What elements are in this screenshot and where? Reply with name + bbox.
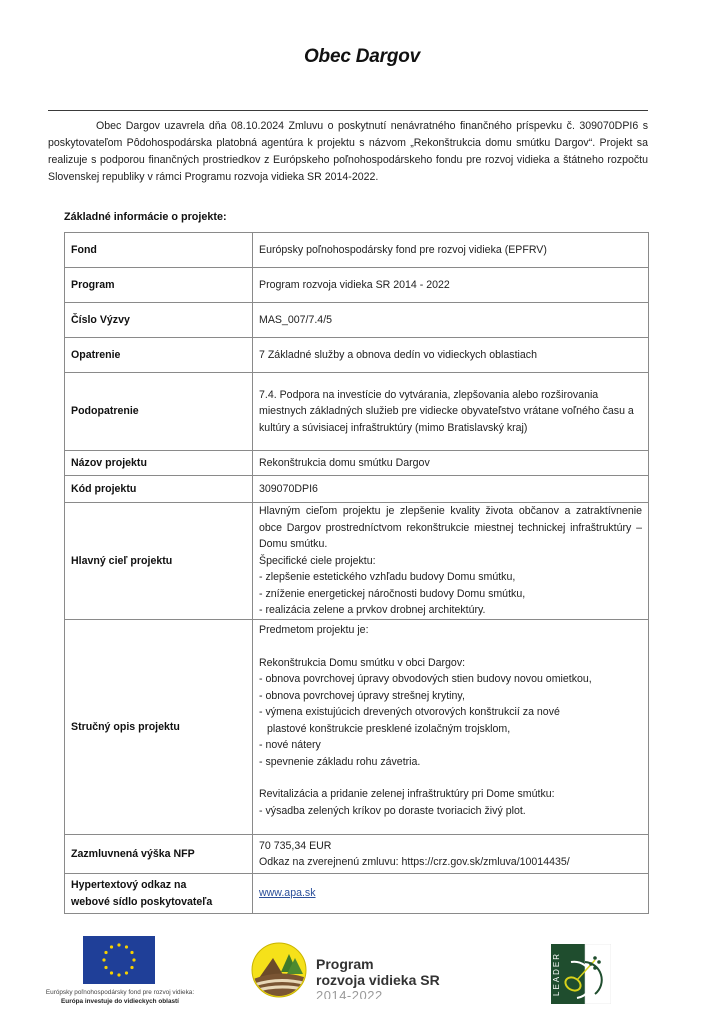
group1-item: - nové nátery	[259, 737, 642, 754]
eu-caption-line2: Európa investuje do vidieckych oblastí	[61, 998, 179, 1005]
page-title: Obec Dargov	[0, 46, 724, 68]
row-label-line: webové sídlo poskytovateľa	[71, 894, 246, 911]
row-value: Európsky poľnohospodársky fond pre rozvo…	[253, 233, 649, 268]
provider-website-link[interactable]: www.apa.sk	[259, 887, 316, 899]
row-value: Program rozvoja vidieka SR 2014 - 2022	[253, 268, 649, 303]
row-label: Číslo Výzvy	[65, 303, 253, 338]
description-intro: Predmetom projektu je:	[259, 622, 642, 639]
specific-goals-heading: Špecifické ciele projektu:	[259, 553, 642, 570]
group1-heading: Rekonštrukcia Domu smútku v obci Dargov:	[259, 655, 642, 672]
table-row-program: Program Program rozvoja vidieka SR 2014 …	[65, 268, 649, 303]
specific-goal-item: - realizácia zelene a prvkov drobnej arc…	[259, 602, 642, 619]
row-label: Hlavný cieľ projektu	[65, 503, 253, 620]
row-label: Stručný opis projektu	[65, 620, 253, 835]
row-value: Predmetom projektu je: Rekonštrukcia Dom…	[253, 620, 649, 835]
row-label: Kód projektu	[65, 476, 253, 503]
table-row-hlavny-ciel: Hlavný cieľ projektu Hlavným cieľom proj…	[65, 503, 649, 620]
row-label: Hypertextový odkaz na webové sídlo posky…	[65, 874, 253, 914]
specific-goal-item: - zlepšenie estetického vzhľadu budovy D…	[259, 569, 642, 586]
row-label: Názov projektu	[65, 451, 253, 476]
eu-caption: Európsky poľnohospodársky fond pre rozvo…	[0, 988, 240, 1006]
row-label: Podopatrenie	[65, 373, 253, 451]
group2-item: - výsadba zelených kríkov po doraste tvo…	[259, 803, 642, 820]
table-row-cislo-vyzvy: Číslo Výzvy MAS_007/7.4/5	[65, 303, 649, 338]
row-value: Rekonštrukcia domu smútku Dargov	[253, 451, 649, 476]
row-value: Hlavným cieľom projektu je zlepšenie kva…	[253, 503, 649, 620]
section-heading: Základné informácie o projekte:	[64, 211, 227, 223]
group1-item: - obnova povrchovej úpravy strešnej kryt…	[259, 688, 642, 705]
eu-caption-line1: Európsky poľnohospodársky fond pre rozvo…	[0, 988, 240, 997]
group2-heading: Revitalizácia a pridanie zelenej infrašt…	[259, 786, 642, 803]
row-value: 7 Základné služby a obnova dedín vo vidi…	[253, 338, 649, 373]
table-row-opatrenie: Opatrenie 7 Základné služby a obnova ded…	[65, 338, 649, 373]
footer-logos: Európsky poľnohospodársky fond pre rozvo…	[0, 930, 724, 1024]
specific-goal-item: - zníženie energetickej náročnosti budov…	[259, 586, 642, 603]
table-row-fond: Fond Európsky poľnohospodársky fond pre …	[65, 233, 649, 268]
group1-item: - spevnenie základu rohu závetria.	[259, 754, 642, 771]
prv-line2: rozvoja vidieka SR	[316, 972, 440, 988]
group1-item: plastové konštrukcie presklené izolačným…	[259, 721, 642, 738]
table-row-nazov: Názov projektu Rekonštrukcia domu smútku…	[65, 451, 649, 476]
row-label: Opatrenie	[65, 338, 253, 373]
table-row-hyperlink: Hypertextový odkaz na webové sídlo posky…	[65, 874, 649, 914]
table-row-strucny-opis: Stručný opis projektu Predmetom projektu…	[65, 620, 649, 835]
intro-text: Obec Dargov uzavrela dňa 08.10.2024 Zmlu…	[48, 120, 648, 183]
row-label-line: Hypertextový odkaz na	[71, 877, 246, 894]
nfp-amount: 70 735,34 EUR	[259, 838, 642, 855]
row-label: Zazmluvnená výška NFP	[65, 835, 253, 874]
prv-years: 2014-2022	[316, 988, 440, 999]
row-label: Fond	[65, 233, 253, 268]
intro-paragraph: Obec Dargov uzavrela dňa 08.10.2024 Zmlu…	[48, 118, 648, 186]
prv-logo-text: Program rozvoja vidieka SR 2014-2022	[316, 956, 440, 999]
row-value: www.apa.sk	[253, 874, 649, 914]
title-divider	[48, 110, 648, 111]
table-row-kod: Kód projektu 309070DPI6	[65, 476, 649, 503]
row-label: Program	[65, 268, 253, 303]
leader-logo-icon: LEADER	[551, 944, 611, 1004]
prv-line1: Program	[316, 956, 440, 972]
prv-logo-icon	[251, 942, 307, 998]
row-value: MAS_007/7.4/5	[253, 303, 649, 338]
group1-item: - obnova povrchovej úpravy obvodových st…	[259, 671, 642, 688]
group1-item: - výmena existujúcich drevených otvorový…	[259, 704, 642, 721]
project-info-table: Fond Európsky poľnohospodársky fond pre …	[64, 232, 649, 914]
svg-text:LEADER: LEADER	[552, 952, 561, 996]
main-goal-text: Hlavným cieľom projektu je zlepšenie kva…	[259, 503, 642, 553]
row-value: 309070DPI6	[253, 476, 649, 503]
eu-flag-icon	[83, 936, 155, 984]
table-row-nfp: Zazmluvnená výška NFP 70 735,34 EUR Odka…	[65, 835, 649, 874]
row-value: 70 735,34 EUR Odkaz na zverejnenú zmluvu…	[253, 835, 649, 874]
contract-link-text: Odkaz na zverejnenú zmluvu: https://crz.…	[259, 854, 642, 871]
row-value: 7.4. Podpora na investície do vytvárania…	[253, 373, 649, 451]
table-row-podopatrenie: Podopatrenie 7.4. Podpora na investície …	[65, 373, 649, 451]
